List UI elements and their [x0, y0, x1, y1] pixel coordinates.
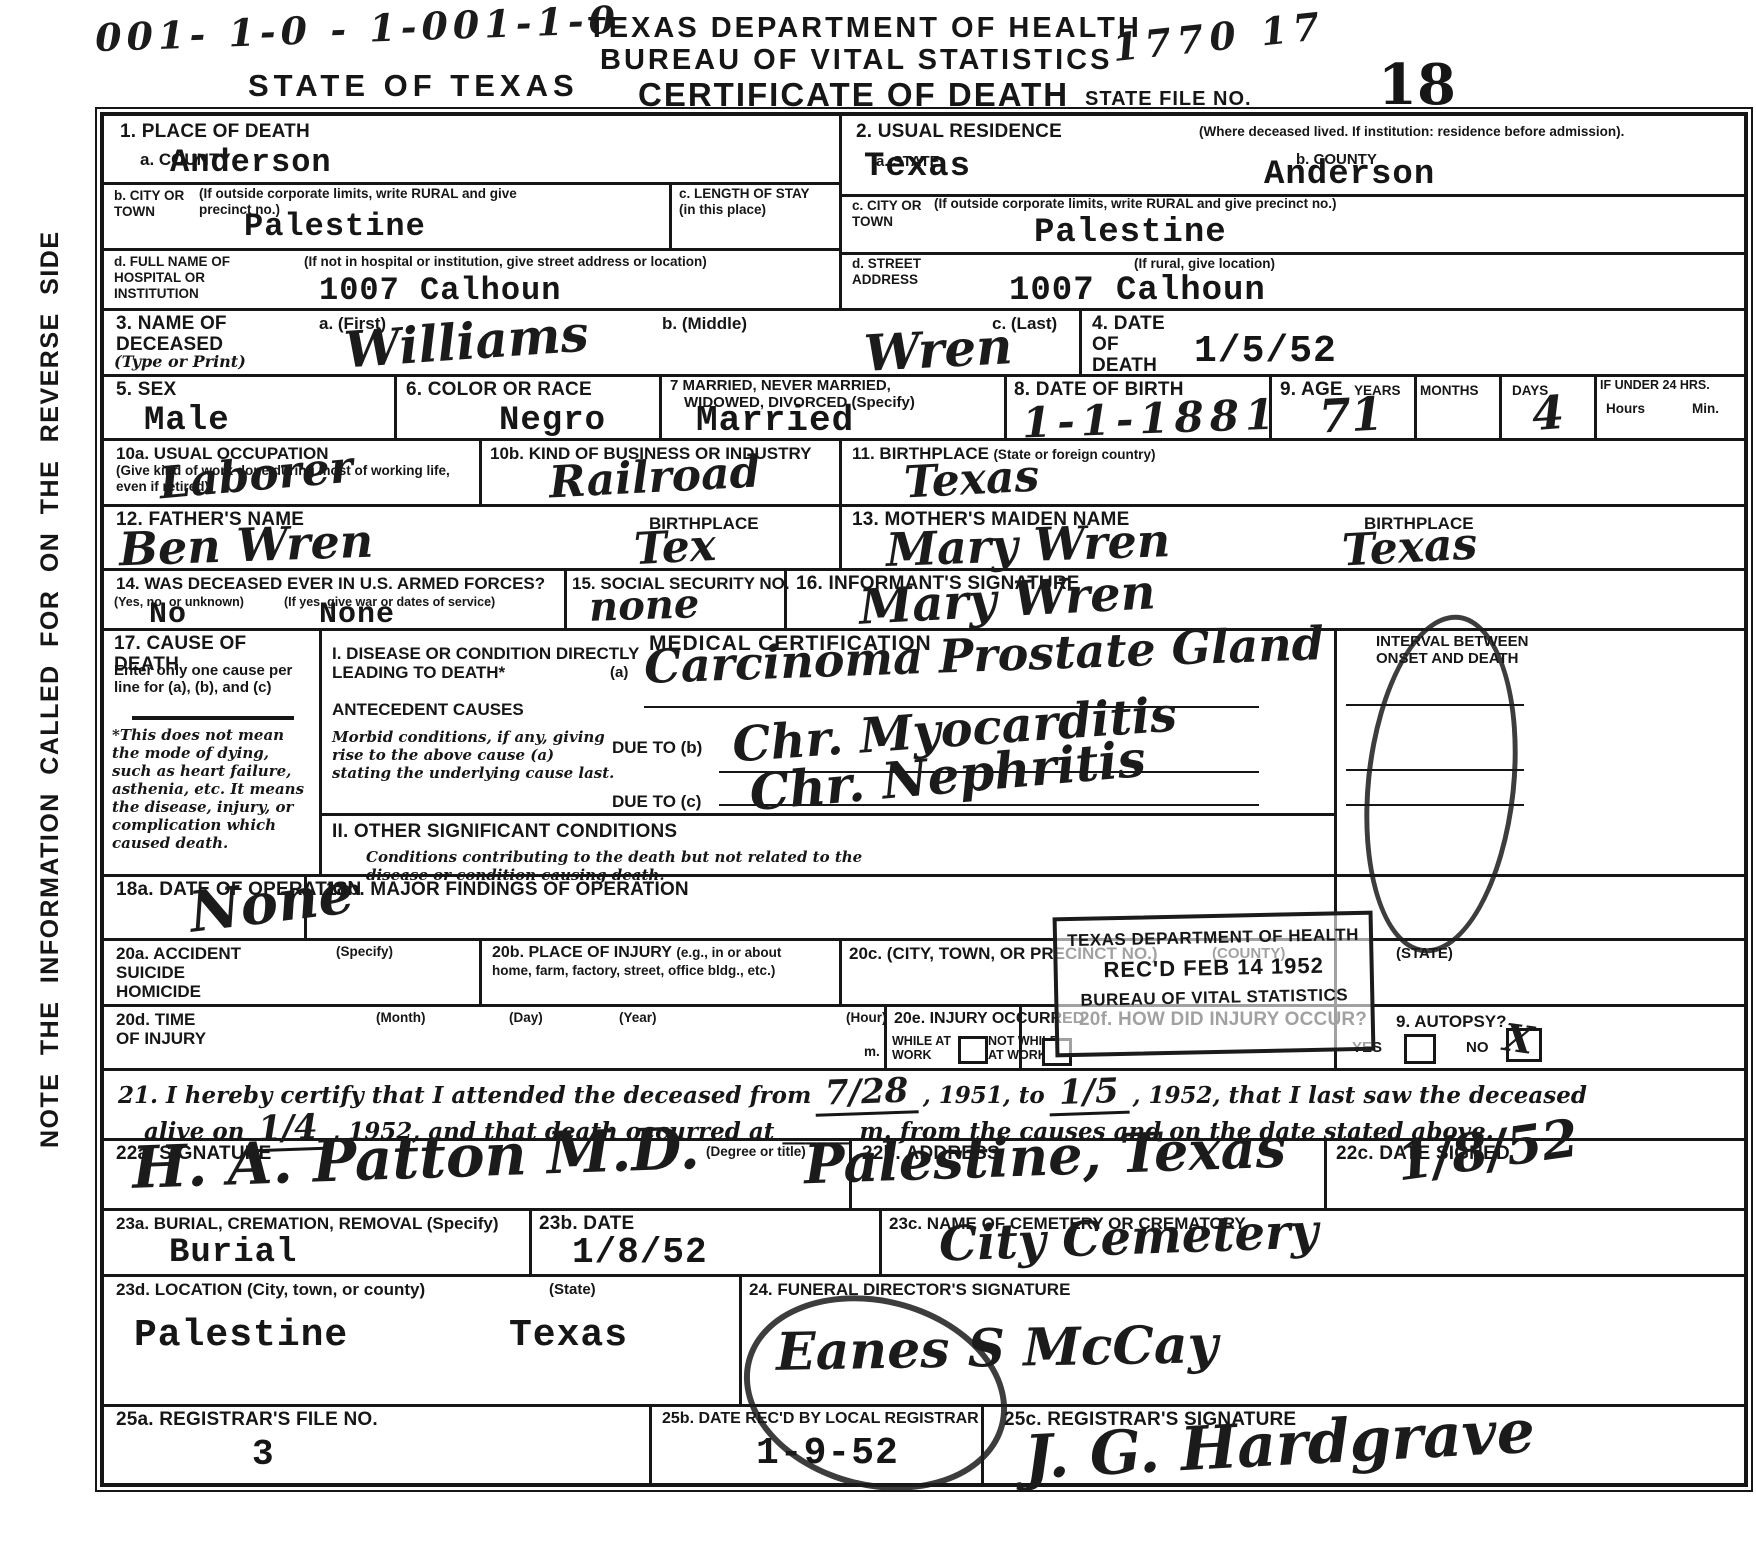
armed-forces-war-value: None [319, 598, 395, 632]
divider-line [659, 374, 662, 438]
divider-line [104, 1068, 1744, 1071]
divider-line [839, 938, 842, 1004]
burial-state-label: (State) [549, 1282, 596, 1299]
street-address-label: d. STREET ADDRESS [852, 256, 962, 288]
age-months-label: MONTHS [1420, 383, 1479, 399]
divider-line [104, 116, 106, 160]
divider-line [739, 1274, 742, 1404]
mother-birthplace-value: Texas [1341, 518, 1479, 576]
received-stamp: TEXAS DEPARTMENT OF HEALTH REC'D FEB 14 … [1053, 911, 1376, 1058]
age-years-value: 71 [1318, 386, 1385, 443]
hospital-label: d. FULL NAME OF HOSPITAL OR INSTITUTION [114, 254, 236, 302]
meridiem-label: m. [864, 1044, 880, 1060]
divider-line [669, 182, 672, 248]
residence-state-value: Texas [864, 148, 971, 186]
divider-line [479, 938, 482, 1004]
burial-value: Burial [169, 1234, 297, 1272]
residence-city-label: c. CITY OR TOWN [852, 198, 924, 230]
sex-label: 5. SEX [116, 380, 176, 401]
accident-suicide-homicide-label: 20a. ACCIDENT SUICIDE HOMICIDE [116, 944, 266, 1001]
hour-label: (Hour) [846, 1010, 887, 1026]
specify-note: (Specify) [336, 944, 393, 960]
burial-date-value: 1/8/52 [572, 1232, 708, 1273]
residence-county-value: Anderson [1264, 156, 1435, 194]
other-conditions-label: II. OTHER SIGNIFICANT CONDITIONS [332, 822, 677, 843]
place-of-injury-group: 20b. PLACE OF INJURY (e.g., in or about … [492, 944, 824, 980]
residence-city-note: (If outside corporate limits, write RURA… [934, 196, 1494, 212]
burial-label: 23a. BURIAL, CREMATION, REMOVAL (Specify… [116, 1214, 499, 1233]
date-of-birth-value: 1-1-1881 [1021, 390, 1281, 448]
middle-name-label: b. (Middle) [662, 314, 747, 333]
handwritten-number: 1770 17 [1110, 3, 1327, 70]
time-of-injury-label: 20d. TIME OF INJURY [116, 1010, 211, 1048]
father-birthplace-value: Tex [633, 520, 717, 575]
street-address-note: (If rural, give location) [1134, 256, 1275, 272]
armed-forces-yesno-value: No [149, 598, 187, 632]
stamp-line3: BUREAU OF VITAL STATISTICS [1058, 985, 1370, 1012]
day-label: (Day) [509, 1010, 543, 1026]
autopsy-label: 9. AUTOPSY? [1396, 1012, 1507, 1031]
cemetery-value: City Cemetery [938, 1203, 1319, 1272]
cause-footnote: *This does not mean the mode of dying, s… [112, 726, 312, 852]
birthplace-value: Texas [903, 450, 1041, 508]
while-at-work-label: WHILE AT WORK [892, 1034, 956, 1063]
autopsy-no-label: NO [1466, 1040, 1489, 1057]
death-certificate-form: 1. PLACE OF DEATH a. COUNTY Anderson b. … [100, 112, 1748, 1487]
certify-text: , 1952, that I last saw the deceased [1132, 1082, 1586, 1109]
divider-line [564, 568, 567, 628]
certify-text: 21. I hereby certify that I attended the… [118, 1082, 811, 1109]
autopsy-yes-checkbox [1404, 1034, 1436, 1064]
year-label: (Year) [619, 1010, 657, 1026]
divider-line [649, 1404, 652, 1483]
divider-line [104, 182, 839, 185]
handwritten-code: 001- 1-0 - 1-001-1-0 [94, 0, 620, 60]
divider-line [839, 252, 1744, 255]
minutes-label: Min. [1692, 401, 1719, 417]
major-findings-label: 18b. MAJOR FINDINGS OF OPERATION [326, 880, 689, 901]
state-of-texas-title: STATE OF TEXAS [248, 68, 579, 104]
marital-label-line1: 7 MARRIED, NEVER MARRIED, [670, 378, 891, 395]
marital-value: Married [696, 400, 854, 441]
divider-line [1499, 374, 1502, 438]
while-at-work-checkbox [958, 1036, 988, 1064]
state-file-no-value: 18 [1378, 52, 1456, 118]
usual-residence-title: 2. USUAL RESIDENCE [856, 122, 1062, 143]
cause-instruction: Enter only one cause per line for (a), (… [114, 663, 314, 697]
disease-label: I. DISEASE OR CONDITION DIRECTLY LEADING… [332, 644, 644, 682]
date-of-death-value: 1/5/52 [1194, 330, 1337, 373]
divider-line [479, 438, 482, 504]
stamp-line1: TEXAS DEPARTMENT OF HEALTH [1057, 925, 1369, 952]
place-of-death-title: 1. PLACE OF DEATH [120, 122, 310, 143]
residence-city-value: Palestine [1034, 214, 1227, 252]
due-to-c-label: DUE TO (c) [612, 792, 701, 811]
date-of-death-label: 4. DATE OF DEATH [1092, 314, 1184, 377]
divider-line [104, 160, 106, 194]
divider-line [839, 504, 842, 568]
cause-a-tag: (a) [610, 665, 628, 682]
type-or-print-note: (Type or Print) [114, 352, 246, 371]
divider-line [879, 1208, 882, 1274]
race-value: Negro [499, 402, 606, 440]
burial-city-value: Palestine [134, 1314, 348, 1357]
length-of-stay-label: c. LENGTH OF STAY (in this place) [679, 186, 829, 218]
place-of-injury-label: 20b. PLACE OF INJURY [492, 944, 672, 961]
hours-label: Hours [1606, 401, 1645, 417]
certificate-title: CERTIFICATE OF DEATH [638, 76, 1069, 114]
antecedent-note: Morbid conditions, if any, giving rise t… [332, 728, 617, 782]
father-name-value: Ben Wren [118, 514, 374, 577]
autopsy-no-mark: X [1501, 1014, 1536, 1063]
age-days-value: 4 [1530, 385, 1566, 441]
divider-line [132, 716, 294, 720]
sex-value: Male [144, 402, 230, 440]
divider-line [529, 1208, 532, 1274]
dept-header-line2: BUREAU OF VITAL STATISTICS [600, 44, 1112, 77]
due-to-b-label: DUE TO (b) [612, 738, 702, 757]
divider-line [104, 1274, 1744, 1277]
under-24hrs-label: IF UNDER 24 HRS. [1600, 378, 1740, 392]
divider-line [1004, 374, 1007, 438]
street-address-value: 1007 Calhoun [1009, 272, 1266, 310]
last-name-value: Wren [863, 316, 1014, 383]
stamp-line2: REC'D FEB 14 1952 [1057, 952, 1369, 985]
industry-value: Railroad [548, 447, 762, 509]
divider-line [394, 374, 397, 438]
name-of-deceased-label: 3. NAME OF DECEASED [116, 314, 241, 356]
usual-residence-note: (Where deceased lived. If institution: r… [1199, 124, 1734, 140]
dept-header-line1: TEXAS DEPARTMENT OF HEALTH [588, 12, 1142, 45]
divider-line [104, 1208, 1744, 1211]
certify-text: , 1951, to [923, 1082, 1045, 1109]
divider-line [104, 938, 1744, 941]
antecedent-label: ANTECEDENT CAUSES [332, 700, 524, 719]
reverse-side-note: NOTE THE INFORMATION CALLED FOR ON THE R… [36, 230, 65, 1148]
month-label: (Month) [376, 1010, 425, 1026]
city-label: b. CITY OR TOWN [114, 188, 186, 220]
hospital-value: 1007 Calhoun [319, 272, 561, 309]
hospital-note: (If not in hospital or institution, give… [304, 254, 824, 270]
armed-forces-label: 14. WAS DECEASED EVER IN U.S. ARMED FORC… [116, 574, 545, 593]
divider-line [319, 628, 322, 874]
ssn-value: none [588, 580, 700, 631]
burial-state-value: Texas [509, 1314, 628, 1357]
state-file-no-label: STATE FILE NO. [1085, 88, 1252, 111]
race-label: 6. COLOR OR RACE [406, 380, 592, 401]
divider-line [1414, 374, 1417, 438]
city-value: Palestine [244, 208, 426, 245]
divider-line [839, 116, 842, 308]
divider-line [104, 438, 1744, 441]
divider-line [104, 248, 839, 251]
funeral-director-label: 24. FUNERAL DIRECTOR'S SIGNATURE [749, 1280, 1070, 1299]
divider-line [1079, 308, 1082, 374]
divider-line [839, 438, 842, 504]
burial-location-label: 23d. LOCATION (City, town, or county) [116, 1280, 425, 1299]
registrar-file-no-label: 25a. REGISTRAR'S FILE NO. [116, 1410, 378, 1431]
divider-line [104, 1004, 1744, 1007]
divider-line [1594, 374, 1597, 438]
county-value: Anderson [170, 144, 332, 181]
registrar-file-no-value: 3 [252, 1434, 275, 1475]
degree-or-title-note: (Degree or title) [706, 1144, 806, 1160]
